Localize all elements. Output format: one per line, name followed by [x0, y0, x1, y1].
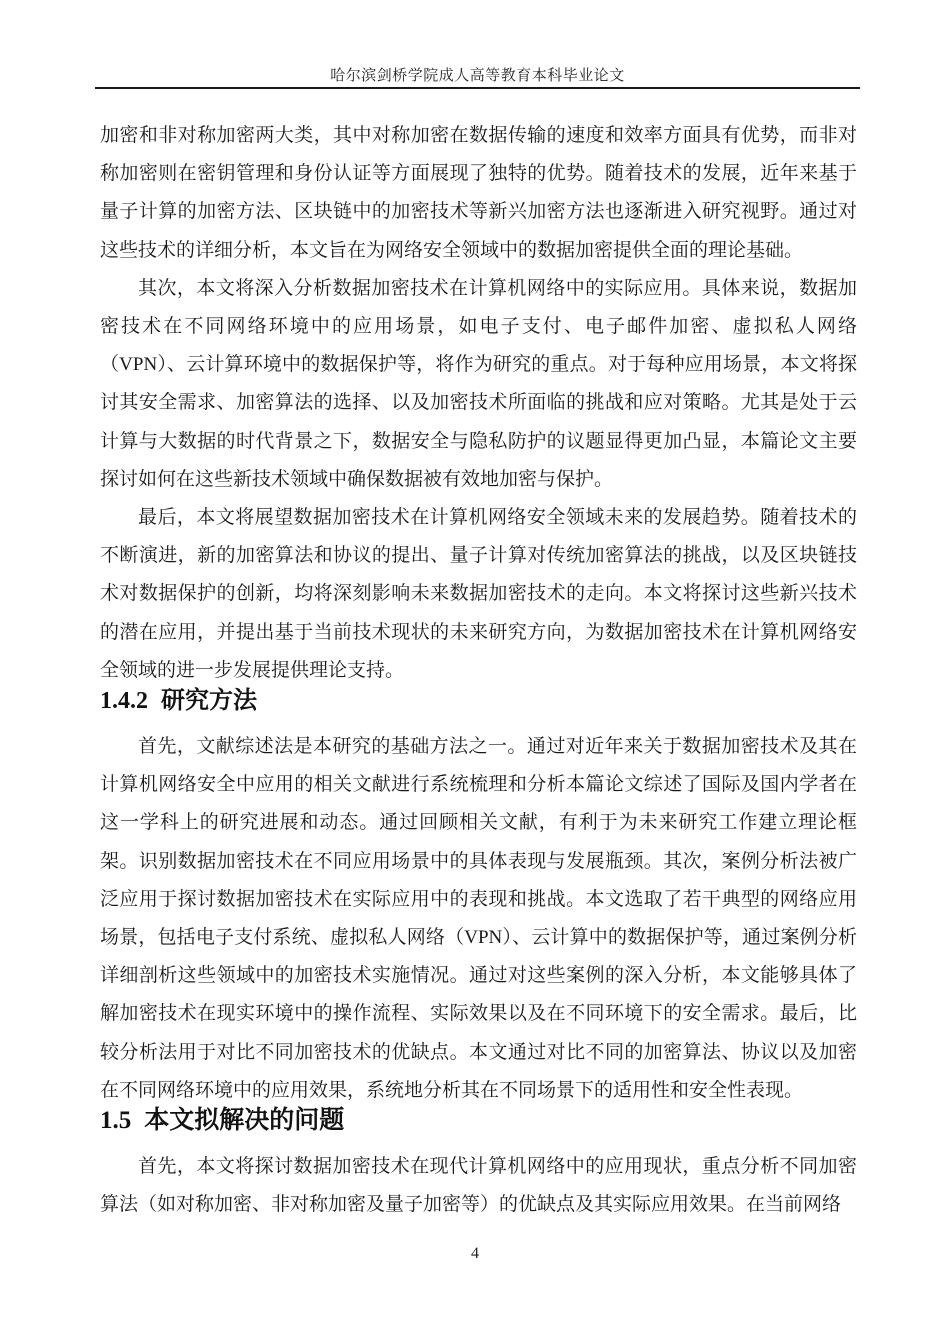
running-header-title: 哈尔滨剑桥学院成人高等教育本科毕业论文: [95, 65, 860, 87]
page-content: 加密和非对称加密两大类，其中对称加密在数据传输的速度和效率方面具有优势，而非对称…: [100, 117, 857, 1224]
paragraph: 其次，本文将深入分析数据加密技术在计算机网络中的实际应用。具体来说，数据加密技术…: [100, 270, 857, 499]
section-number: 1.4.2: [100, 688, 148, 714]
paragraph-continuation: 加密和非对称加密两大类，其中对称加密在数据传输的速度和效率方面具有优势，而非对称…: [100, 117, 857, 270]
thesis-page: 哈尔滨剑桥学院成人高等教育本科毕业论文 加密和非对称加密两大类，其中对称加密在数…: [0, 0, 950, 1344]
paragraph: 首先，本文将探讨数据加密技术在现代计算机网络中的应用现状，重点分析不同加密算法（…: [100, 1148, 857, 1224]
header-rule: [95, 87, 860, 89]
section-number: 1.5: [100, 1107, 131, 1134]
page-number: 4: [0, 1245, 950, 1263]
section-title: 本文拟解决的问题: [144, 1106, 344, 1134]
section-heading-research-methods: 1.4.2研究方法: [100, 686, 857, 716]
paragraph: 首先，文献综述法是本研究的基础方法之一。通过对近年来关于数据加密技术及其在计算机…: [100, 728, 857, 1110]
section-title: 研究方法: [161, 687, 257, 714]
paragraph: 最后，本文将展望数据加密技术在计算机网络安全领域未来的发展趋势。随着技术的不断演…: [100, 499, 857, 690]
